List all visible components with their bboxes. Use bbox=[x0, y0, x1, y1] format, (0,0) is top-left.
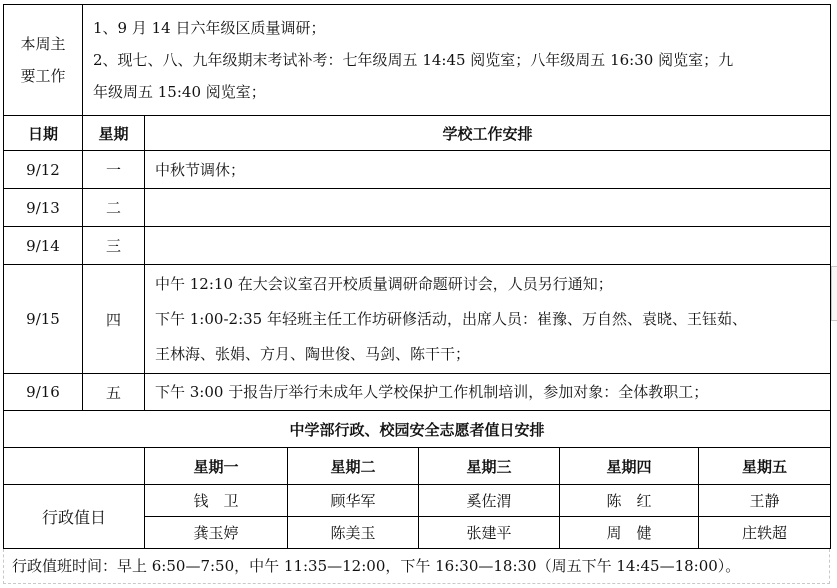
arrangement-line: 中午 12:10 在大会议室召开校质量调研命题研讨会，人员另行通知； bbox=[155, 267, 830, 302]
duty-person: 张建平 bbox=[419, 517, 560, 549]
schedule-row: 9/14 三 bbox=[4, 227, 831, 265]
arrangement-cell bbox=[145, 227, 831, 265]
duty-person: 陈 红 bbox=[560, 485, 699, 517]
weekday-cell: 五 bbox=[83, 374, 145, 411]
duty-person: 顾华军 bbox=[288, 485, 419, 517]
schedule-row: 9/15 四 中午 12:10 在大会议室召开校质量调研命题研讨会，人员另行通知… bbox=[4, 265, 831, 374]
duty-person: 钱 卫 bbox=[145, 485, 288, 517]
duty-row-label: 行政值日 bbox=[4, 485, 145, 549]
date-cell: 9/16 bbox=[4, 374, 83, 411]
arrangement-cell: 下午 3:00 于报告厅举行未成年人学校保护工作机制培训，参加对象：全体教职工； bbox=[145, 374, 831, 411]
duty-weekday-header: 星期三 bbox=[419, 448, 560, 485]
schedule-row: 9/13 二 bbox=[4, 189, 831, 227]
weekday-cell: 四 bbox=[83, 265, 145, 374]
duty-person: 陈美玉 bbox=[288, 517, 419, 549]
date-cell: 9/13 bbox=[4, 189, 83, 227]
arrangement-header: 学校工作安排 bbox=[145, 116, 831, 151]
duty-weekday-row: 星期一 星期二 星期三 星期四 星期五 bbox=[4, 448, 831, 485]
duty-title: 中学部行政、校园安全志愿者值日安排 bbox=[4, 411, 831, 448]
arrangement-cell: 中午 12:10 在大会议室召开校质量调研命题研讨会，人员另行通知； 下午 1:… bbox=[145, 265, 831, 374]
weekly-task-line: 1、9 月 14 日六年级区质量调研； bbox=[93, 12, 830, 44]
duty-weekday-header: 星期二 bbox=[288, 448, 419, 485]
arrangement-line: 王林海、张娟、方月、陶世俊、马剑、陈干干； bbox=[155, 337, 830, 372]
arrangement-cell bbox=[145, 189, 831, 227]
arrangement-line: 下午 1:00-2:35 年轻班主任工作坊研修活动，出席人员：崔豫、万自然、袁晓… bbox=[155, 302, 830, 337]
duty-title-row: 中学部行政、校园安全志愿者值日安排 bbox=[4, 411, 831, 448]
weekly-tasks-label-line1: 本周主 bbox=[4, 28, 82, 60]
duty-corner-cell bbox=[4, 448, 145, 485]
date-cell: 9/14 bbox=[4, 227, 83, 265]
duty-row: 行政值日 钱 卫 顾华军 奚佐渭 陈 红 王静 bbox=[4, 485, 831, 517]
weekly-schedule-table: 本周主 要工作 1、9 月 14 日六年级区质量调研； 2、现七、八、九年级期末… bbox=[3, 4, 831, 549]
weekly-tasks-label: 本周主 要工作 bbox=[4, 5, 83, 116]
weekday-cell: 二 bbox=[83, 189, 145, 227]
date-cell: 9/15 bbox=[4, 265, 83, 374]
duty-weekday-header: 星期五 bbox=[699, 448, 831, 485]
duty-person: 龚玉婷 bbox=[145, 517, 288, 549]
weekly-task-line: 2、现七、八、九年级期末考试补考：七年级周五 14:45 阅览室；八年级周五 1… bbox=[93, 44, 830, 76]
page-margin-marker bbox=[831, 266, 837, 321]
duty-person: 王静 bbox=[699, 485, 831, 517]
duty-person: 庄轶超 bbox=[699, 517, 831, 549]
weekly-task-line: 年级周五 15:40 阅览室； bbox=[93, 76, 830, 108]
schedule-row: 9/16 五 下午 3:00 于报告厅举行未成年人学校保护工作机制培训，参加对象… bbox=[4, 374, 831, 411]
duty-hours-note: 行政值班时间：早上 6:50—7:50，中午 11:35—12:00，下午 16… bbox=[3, 549, 830, 584]
weekly-tasks-label-line2: 要工作 bbox=[4, 60, 82, 92]
schedule-row: 9/12 一 中秋节调休； bbox=[4, 151, 831, 189]
duty-weekday-header: 星期四 bbox=[560, 448, 699, 485]
weekday-cell: 三 bbox=[83, 227, 145, 265]
arrangement-cell: 中秋节调休； bbox=[145, 151, 831, 189]
date-header: 日期 bbox=[4, 116, 83, 151]
duty-weekday-header: 星期一 bbox=[145, 448, 288, 485]
duty-person: 奚佐渭 bbox=[419, 485, 560, 517]
weekday-header: 星期 bbox=[83, 116, 145, 151]
arrangement-line: 中秋节调休； bbox=[155, 154, 830, 186]
arrangement-line: 下午 3:00 于报告厅举行未成年人学校保护工作机制培训，参加对象：全体教职工； bbox=[155, 376, 830, 408]
date-cell: 9/12 bbox=[4, 151, 83, 189]
duty-person: 周 健 bbox=[560, 517, 699, 549]
weekday-cell: 一 bbox=[83, 151, 145, 189]
weekly-tasks-row: 本周主 要工作 1、9 月 14 日六年级区质量调研； 2、现七、八、九年级期末… bbox=[4, 5, 831, 116]
schedule-header-row: 日期 星期 学校工作安排 bbox=[4, 116, 831, 151]
weekly-tasks-content: 1、9 月 14 日六年级区质量调研； 2、现七、八、九年级期末考试补考：七年级… bbox=[83, 5, 831, 116]
